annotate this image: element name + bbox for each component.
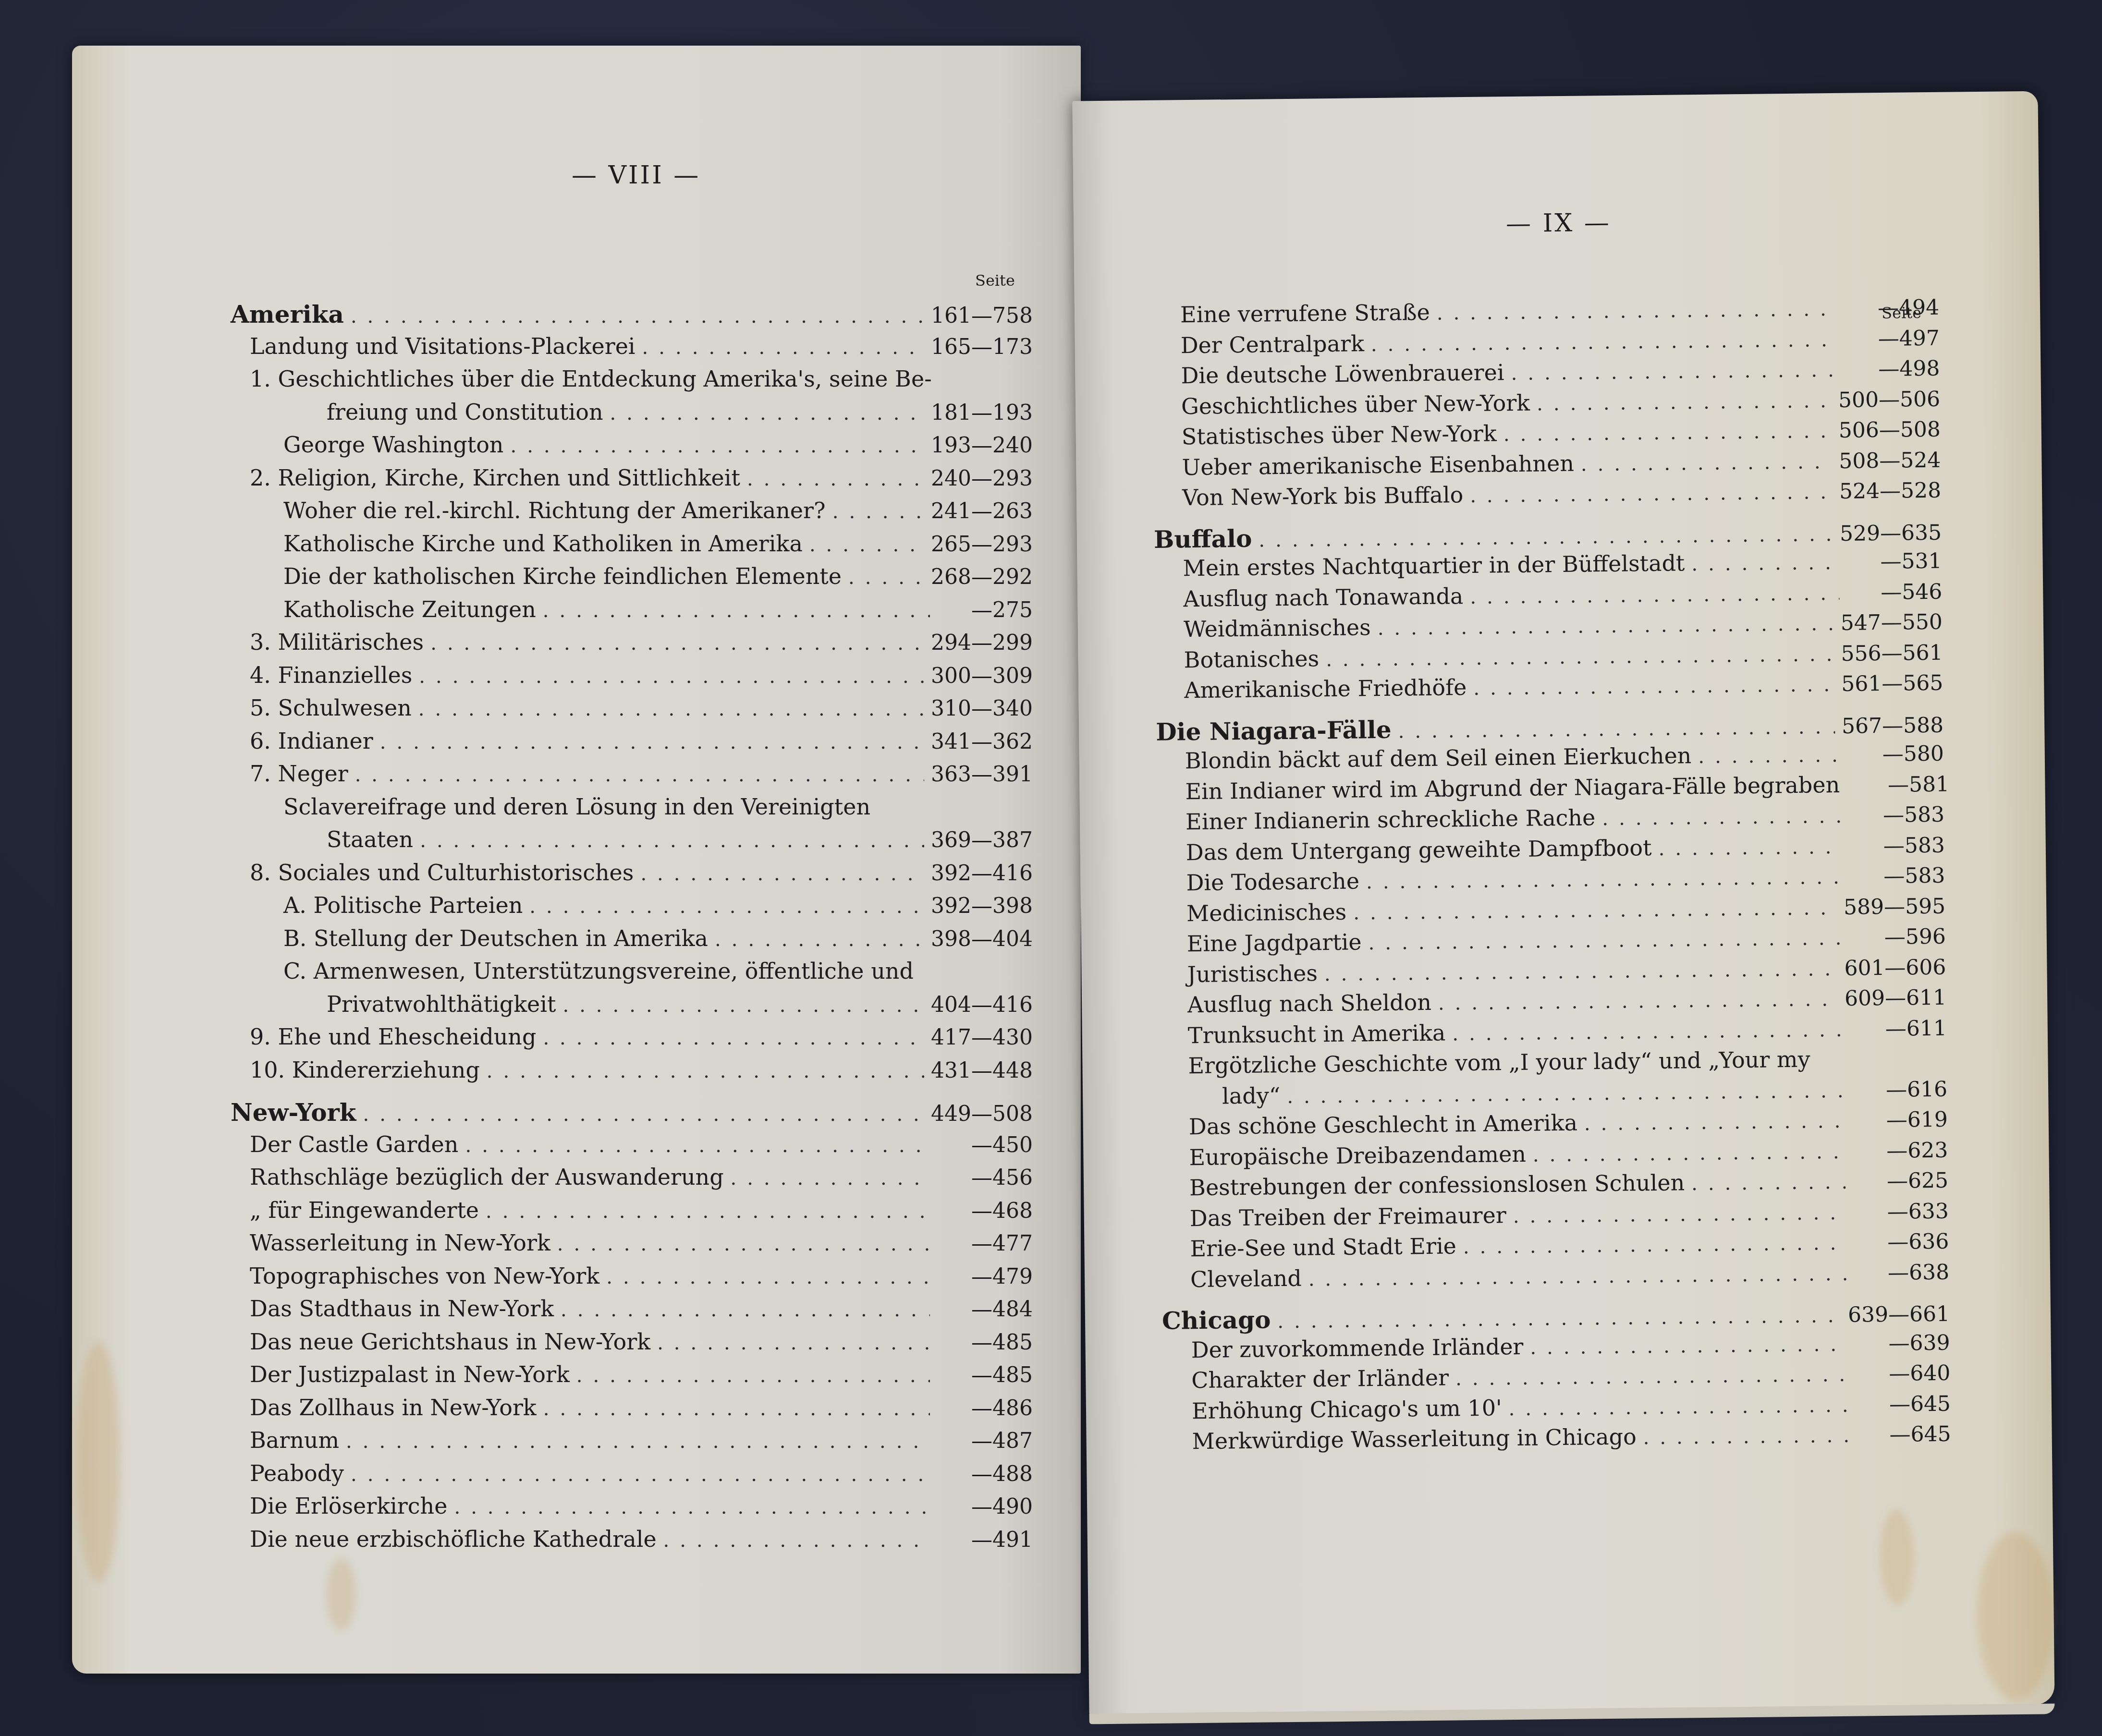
toc-entry: Woher die rel.-kirchl. Richtung der Amer… [283,498,1033,523]
toc-entry: George Washington.......................… [283,432,1033,458]
toc-entry: Ausflug nach Tonawanda..................… [1183,578,1942,612]
toc-entry: Juristisches............................… [1187,953,1946,987]
toc-page-range: 500—506 [1838,387,1940,412]
toc-entry: Das Zollhaus in New-York................… [250,1395,1033,1420]
dot-leader: ........................................… [1691,1171,1845,1195]
toc-entry-title: Statistisches über New-York [1182,420,1497,449]
dot-leader: ........................................… [420,830,924,852]
dot-leader: ........................................… [809,534,924,556]
dot-leader: ........................................… [1530,1333,1847,1359]
dot-leader: ........................................… [657,1332,930,1354]
toc-entry: Privatwohlthätigkeit....................… [327,991,1033,1017]
toc-entry: Eine Jagdpartie.........................… [1187,923,1946,957]
dot-leader: ........................................… [1470,582,1839,608]
toc-entry: Eine verrufene Straße...................… [1180,294,1939,328]
toc-page-range: —611 [1851,1016,1947,1041]
toc-page-range: —638 [1853,1260,1950,1285]
dot-leader: ........................................… [610,402,924,425]
toc-entry-title: 9. Ehe und Ehescheidung [250,1024,536,1050]
toc-entry: Amerikanische Friedhöfe.................… [1184,669,1943,704]
toc-page-range: 601—606 [1844,955,1946,980]
toc-section-heading: Amerika.................................… [231,300,1033,328]
toc-page-range: 165—173 [931,335,1033,359]
dot-leader: ........................................… [487,1060,924,1082]
toc-entry-title: Das Treiben der Freimaurer [1190,1202,1507,1231]
dot-leader: ........................................… [1371,328,1837,355]
toc-entry-title: Sclavereifrage und deren Lösung in den V… [283,794,870,820]
toc-entry: Erie-See und Stadt Erie.................… [1190,1228,1949,1262]
toc-page-range: 398—404 [931,927,1033,951]
dot-leader: ........................................… [1378,613,1834,640]
toc-entry: Sclavereifrage und deren Lösung in den V… [283,794,1033,820]
toc-entry: A. Politische Parteien..................… [283,892,1033,918]
dot-leader: ........................................… [380,731,924,753]
toc-entry-title: Das neue Gerichtshaus in New-York [250,1329,650,1355]
toc-entry-title: Woher die rel.-kirchl. Richtung der Amer… [283,498,826,523]
toc-section-heading: New-York................................… [231,1098,1033,1127]
toc-page-range: —619 [1852,1107,1948,1133]
dot-leader: ........................................… [1584,1110,1845,1135]
dot-leader: ........................................… [1463,1232,1846,1258]
dot-leader: ........................................… [561,1299,930,1321]
toc-page-range: 392—398 [931,894,1033,918]
toc-entry: 5. Schulwesen...........................… [250,695,1033,721]
dot-leader: ........................................… [454,1496,930,1518]
toc-page-range: 300—309 [931,664,1033,688]
toc-entry-title: Die der katholischen Kirche feindlichen … [283,563,842,589]
toc-entry-title: Charakter der Irländer [1191,1365,1449,1394]
toc-page-range: 639—661 [1848,1302,1950,1327]
toc-entry: Ueber amerikanische Eisenbahnen.........… [1182,446,1941,480]
toc-entry-title: Blondin bäckt auf dem Seil einen Eierkuc… [1185,742,1692,774]
dot-leader: ........................................… [557,1233,930,1255]
toc-entry: Trunksucht in Amerika...................… [1188,1014,1947,1048]
dot-leader: ........................................… [1366,866,1843,893]
toc-page-range: —623 [1852,1138,1948,1163]
toc-page-range: 241—263 [931,499,1033,523]
dot-leader: ........................................… [642,337,924,359]
toc-entry: Barnum..................................… [250,1427,1033,1453]
toc-entry: 9. Ehe und Ehescheidung.................… [250,1024,1033,1050]
toc-entry-title: Privatwohlthätigkeit [327,991,556,1017]
dot-leader: ........................................… [465,1135,930,1157]
toc-entry-title: 3. Militärisches [250,629,424,655]
dot-leader: ........................................… [1691,552,1839,575]
toc-entry-title: Die neue erzbischöfliche Kathedrale [250,1526,657,1552]
toc-page-range: 265—293 [931,532,1033,557]
toc-page-range: —498 [1844,356,1940,382]
dot-leader: ........................................… [1353,897,1837,924]
dot-leader: ........................................… [1452,1019,1844,1045]
toc-entry-title: lady“ [1222,1082,1281,1109]
toc-entry-title: 6. Indianer [250,728,373,754]
toc-entry: Bestrebungen der confessionslosen Schule… [1189,1167,1948,1201]
toc-entry-title: Merkwürdige Wasserleitung in Chicago [1192,1423,1637,1454]
toc-entry-title: Die Niagara-Fälle [1156,715,1392,746]
toc-entry-title: Trunksucht in Amerika [1188,1020,1446,1048]
toc-entry-title: Topographisches von New-York [250,1263,599,1289]
toc-page-range: 363—391 [931,762,1033,787]
toc-entry: Der Justizpalast in New-York............… [250,1361,1033,1387]
toc-entry-title: 2. Religion, Kirche, Kirchen und Sittlic… [250,465,740,491]
dot-leader: ........................................… [1581,451,1833,475]
dot-leader: ........................................… [663,1530,930,1552]
toc-entry-title: Von New-York bis Buffalo [1182,482,1464,510]
dot-leader: ........................................… [1398,716,1835,743]
toc-entry-title: „ für Eingewanderte [250,1197,479,1223]
dot-leader: ........................................… [355,764,924,786]
toc-entry: Peabody.................................… [250,1460,1033,1486]
dot-leader: ........................................… [1537,390,1832,415]
toc-entry-title: Der Castle Garden [250,1131,458,1157]
toc-entry-title: 5. Schulwesen [250,695,412,721]
toc-entry-title: New-York [231,1098,356,1127]
toc-page-range: —497 [1843,326,1940,351]
toc-entry: Mein erstes Nachtquartier in der Büffels… [1183,547,1942,582]
toc-page-range: 609—611 [1845,985,1946,1011]
toc-entry-title: 4. Finanzielles [250,662,412,688]
dot-leader: ........................................… [486,1201,930,1223]
dot-leader: ........................................… [1470,481,1833,507]
toc-entry: Charakter der Irländer..................… [1191,1360,1950,1394]
toc-page-range: —485 [937,1330,1033,1355]
dot-leader: ........................................… [1513,1202,1846,1227]
toc-entry-title: Erhöhung Chicago's um 10' [1192,1395,1502,1424]
toc-page-range: —486 [937,1396,1033,1420]
toc-entry-title: Der Justizpalast in New-York [250,1361,570,1387]
dot-leader: ........................................… [543,600,930,622]
toc-entry-title: Geschichtliches über New-York [1181,389,1530,419]
toc-page-range: —487 [937,1429,1033,1453]
toc-entry-title: Das schöne Geschlecht in Amerika [1189,1110,1578,1140]
toc-entry: Die deutsche Löwenbrauerei..............… [1181,355,1940,389]
toc-page-range: —531 [1845,549,1942,574]
toc-page-range: —468 [937,1199,1033,1223]
toc-entry-title: Wasserleitung in New-York [250,1230,550,1256]
toc-entry: Erhöhung Chicago's um 10'...............… [1192,1390,1951,1424]
toc-entry-title: Juristisches [1187,960,1318,987]
toc-entry-title: George Washington [283,432,503,458]
toc-entry-title: Amerika [231,300,344,328]
dot-leader: ........................................… [562,995,924,1017]
dot-leader: ........................................… [1368,927,1843,954]
toc-entry-title: Staaten [327,826,413,852]
dot-leader: ........................................… [1698,744,1841,768]
dot-leader: ........................................… [346,1431,930,1453]
page-number: — IX — [1506,208,1611,238]
toc-entry: Merkwürdige Wasserleitung in Chicago....… [1192,1420,1951,1455]
toc-entry-title: Ergötzliche Geschichte vom „I your lady“… [1188,1046,1810,1079]
dot-leader: ........................................… [1643,1425,1848,1449]
toc-entry: C. Armenwesen, Unterstützungsvereine, öf… [283,958,1033,984]
left-page: — VIII — Seite Amerika..................… [72,46,1081,1674]
toc-entry-title: Ausflug nach Sheldon [1187,989,1431,1018]
dot-leader: ........................................… [430,632,924,655]
toc-page-range: —484 [937,1297,1033,1322]
toc-page-range: 392—416 [931,861,1033,886]
toc-page-range: —583 [1849,833,1945,858]
toc-entry-title: 7. Neger [250,761,348,787]
toc-entry-title: Erie-See und Stadt Erie [1190,1233,1456,1262]
toc-entry-title: A. Politische Parteien [283,892,523,918]
toc-page-range: —645 [1855,1391,1951,1417]
toc-entry: 3. Militärisches........................… [250,629,1033,655]
toc-entry-title: Der zuvorkommende Irländer [1191,1333,1523,1362]
dot-leader: ........................................… [1324,958,1838,985]
toc-entry-title: Rathschläge bezüglich der Auswanderung [250,1164,724,1190]
dot-leader: ........................................… [747,468,924,490]
toc-page-range: 294—299 [931,631,1033,655]
dot-leader: ........................................… [351,1464,930,1486]
toc-entry: Die Erlöserkirche.......................… [250,1493,1033,1519]
toc-entry: Das dem Untergang geweihte Dampfboot....… [1186,831,1945,865]
toc-page-range: —456 [937,1165,1033,1190]
dot-leader: ........................................… [351,305,924,328]
toc-entry: Das neue Gerichtshaus in New-York.......… [250,1329,1033,1355]
toc-entry: 10. Kindererziehung.....................… [250,1057,1033,1083]
toc-page-range: 529—635 [1840,520,1942,546]
toc-entry-title: Ausflug nach Tonawanda [1183,583,1464,612]
dot-leader: ........................................… [1511,359,1837,385]
toc-page-range: —581 [1853,772,1950,797]
dot-leader: ........................................… [543,1027,924,1049]
toc-entry: Landung und Visitations-Plackerei.......… [250,333,1033,359]
toc-page-range: 506—508 [1838,417,1940,443]
toc-entry: B. Stellung der Deutschen in Amerika....… [283,925,1033,951]
toc-page-range: —488 [937,1462,1033,1486]
toc-entry: 7. Neger................................… [250,761,1033,787]
toc-entry: Das Treiben der Freimaurer..............… [1190,1197,1949,1231]
toc-page-range: —596 [1850,924,1946,950]
toc-entry-title: Das Stadthaus in New-York [250,1296,554,1322]
toc-entry-title: Landung und Visitations-Plackerei [250,333,635,359]
toc-entry: 2. Religion, Kirche, Kirchen und Sittlic… [250,465,1033,491]
right-page: — IX — Seite Eine verrufene Straße......… [1072,91,2054,1715]
toc-entry: Geschichtliches über New-York...........… [1181,385,1940,419]
toc-page-range: —640 [1854,1361,1951,1386]
toc-section-heading: Chicago.................................… [1162,1299,1950,1335]
toc-section-heading: Buffalo.................................… [1154,517,1942,553]
dot-leader: ........................................… [1308,1263,1847,1290]
toc-page-range: —645 [1855,1422,1951,1447]
toc-entry: Medicinisches...........................… [1186,892,1945,926]
toc-entry: 6. Indianer.............................… [250,728,1033,754]
toc-entry-title: Das Zollhaus in New-York [250,1395,537,1420]
dot-leader: ........................................… [1455,1364,1848,1390]
toc-entry: Katholische Zeitungen...................… [283,596,1033,622]
dot-leader: ........................................… [1326,643,1834,671]
paper-stain [1880,1509,1914,1605]
toc-entry-title: C. Armenwesen, Unterstützungsvereine, öf… [283,958,914,984]
toc-page-range: 161—758 [931,303,1033,328]
page-number: — VIII — [572,161,700,190]
dot-leader: ........................................… [1287,1080,1845,1107]
toc-entry-title: Eine Jagdpartie [1187,929,1362,957]
toc-entry-title: Amerikanische Friedhöfe [1184,674,1467,703]
column-header-seite: Seite [975,271,1015,290]
toc-entry-title: Katholische Kirche und Katholiken in Ame… [283,531,803,557]
toc-section-heading: Die Niagara-Fälle.......................… [1156,709,1944,746]
dot-leader: ........................................… [731,1167,930,1190]
toc-entry: Blondin bäckt auf dem Seil einen Eierkuc… [1185,740,1944,774]
toc-entry: Das Stadthaus in New-York...............… [250,1296,1033,1322]
toc-page-range: —490 [937,1494,1033,1519]
toc-page-range: —491 [937,1528,1033,1552]
toc-page-range: —479 [937,1264,1033,1289]
toc-page-range: 193—240 [931,433,1033,458]
dot-leader: ........................................… [715,929,924,951]
dot-leader: ........................................… [419,666,924,688]
dot-leader: ........................................… [510,435,924,457]
dot-leader: ........................................… [848,567,924,589]
toc-page-range: —485 [937,1363,1033,1387]
toc-entry: Einer Indianerin schreckliche Rache.....… [1185,801,1944,835]
toc-entry-title: Mein erstes Nachtquartier in der Büffels… [1183,550,1685,581]
toc-entry: Botanisches.............................… [1184,639,1943,673]
toc-entry-title: Chicago [1162,1305,1271,1335]
toc-entry-title: 8. Sociales und Culturhistorisches [250,860,634,886]
toc-page-range: —450 [937,1133,1033,1157]
toc-entry: Cleveland...............................… [1190,1258,1949,1292]
dot-leader: ........................................… [1438,988,1838,1015]
toc-entry: „ für Eingewanderte.....................… [250,1197,1033,1223]
toc-entry: Der zuvorkommende Irländer..............… [1191,1329,1950,1363]
toc-page-range: 508—524 [1839,448,1941,473]
toc-page-range: —477 [937,1231,1033,1256]
toc-entry-title: Ein Indianer wird im Abgrund der Niagara… [1185,771,1840,804]
toc-entry-title: Bestrebungen der confessionslosen Schule… [1189,1169,1685,1201]
toc-entry-title: B. Stellung der Deutschen in Amerika [283,925,708,951]
toc-entry: 8. Sociales und Culturhistorisches......… [250,860,1033,886]
toc-entry: Ergötzliche Geschichte vom „I your lady“… [1188,1045,1947,1079]
dot-leader: ........................................… [832,501,924,523]
toc-entry-title: Peabody [250,1460,344,1486]
toc-page-range: 449—508 [931,1102,1033,1126]
toc-page-range: 181—193 [931,401,1033,425]
toc-page-range: 556—561 [1841,640,1943,666]
toc-page-range: —546 [1846,579,1943,605]
toc-entry: Weidmännisches..........................… [1184,608,1943,643]
toc-entry: Von New-York bis Buffalo................… [1182,477,1941,511]
toc-entry: Katholische Kirche und Katholiken in Ame… [283,531,1033,557]
toc-entry-title: Weidmännisches [1184,614,1371,642]
toc-page-range: 561—565 [1841,671,1943,696]
toc-page-range: 310—340 [931,696,1033,721]
toc-entry-title: Katholische Zeitungen [283,596,536,622]
dot-leader: ........................................… [1602,805,1842,830]
toc-entry: Europäische Dreibazendamen..............… [1189,1136,1948,1170]
toc-entry: Der Centralpark.........................… [1181,324,1940,358]
dot-leader: ........................................… [418,698,924,720]
toc-page-range: —636 [1853,1229,1949,1255]
toc-page-range: —583 [1848,802,1945,828]
toc-page-range: —275 [937,598,1033,622]
dot-leader: ........................................… [640,863,924,885]
dot-leader: ........................................… [1437,298,1837,325]
toc-page-range: 417—430 [931,1025,1033,1050]
toc-entry-title: Einer Indianerin schreckliche Rache [1185,804,1596,835]
toc-page-range: —580 [1848,741,1944,767]
toc-entry: Rathschläge bezüglich der Auswanderung..… [250,1164,1033,1190]
toc-page-range: —625 [1852,1168,1949,1194]
toc-page-range: —616 [1851,1077,1948,1102]
toc-entry-title: freiung und Constitution [327,399,603,425]
toc-entry-title: Botanisches [1184,645,1319,673]
toc-entry: freiung und Constitution................… [327,399,1033,425]
toc-page-range: 369—387 [931,828,1033,852]
toc-page-range: —633 [1853,1199,1949,1224]
toc-entry: Das schöne Geschlecht in Amerika........… [1189,1106,1948,1140]
toc-entry-title: Das dem Untergang geweihte Dampfboot [1186,835,1652,865]
toc-entry: Staaten.................................… [327,826,1033,852]
toc-entry-title: Der Centralpark [1181,330,1365,358]
toc-entry-title: Eine verrufene Straße [1180,299,1430,328]
dot-leader: ........................................… [576,1365,930,1387]
toc-entry: Wasserleitung in New-York...............… [250,1230,1033,1256]
toc-entry-title: Die Todesarche [1186,868,1359,896]
toc-entry-title: 10. Kindererziehung [250,1057,480,1083]
dot-leader: ........................................… [1259,523,1833,552]
dot-leader: ........................................… [529,896,924,918]
dot-leader: ........................................… [543,1398,930,1420]
toc-entry-title: 1. Geschichtliches über die Entdeckung A… [250,366,932,392]
toc-page-range: 431—448 [931,1058,1033,1083]
toc-page-range: 547—550 [1841,610,1943,635]
toc-page-range: —583 [1849,863,1945,889]
toc-page-range: 404—416 [931,993,1033,1017]
toc-entry-title: Die deutsche Löwenbrauerei [1181,359,1504,388]
dot-leader: ........................................… [363,1104,925,1126]
dot-leader: ........................................… [1277,1305,1841,1333]
toc-entry: 1. Geschichtliches über die Entdeckung A… [250,366,1033,392]
toc-page-range: 240—293 [931,466,1033,491]
toc-entry-title: Medicinisches [1186,898,1347,926]
toc-entry: lady“...................................… [1222,1075,1947,1109]
toc-entry-title: Europäische Dreibazendamen [1189,1141,1526,1170]
paper-stain [77,1342,120,1582]
toc-page-range: —494 [1843,295,1940,321]
toc-page-range: 524—528 [1839,478,1941,504]
toc-page-range: 268—292 [931,565,1033,589]
toc-entry-title: Buffalo [1154,524,1252,553]
toc-entry: Statistisches über New-York.............… [1182,416,1941,450]
paper-stain [327,1558,355,1630]
dot-leader: ........................................… [1658,836,1842,860]
dot-leader: ........................................… [1533,1141,1845,1166]
toc-entry: Die Todesarche..........................… [1186,862,1945,896]
dot-leader: ........................................… [1473,674,1834,700]
toc-entry-title: Cleveland [1190,1265,1302,1292]
toc-entry: Ausflug nach Sheldon....................… [1187,984,1946,1018]
dot-leader: ........................................… [606,1266,930,1288]
toc-entry-title: Ueber amerikanische Eisenbahnen [1182,450,1574,480]
toc-entry: Die neue erzbischöfliche Kathedrale.....… [250,1526,1033,1552]
toc-entry: 4. Finanzielles.........................… [250,662,1033,688]
paper-stain [1976,1531,2055,1700]
toc-entry-title: Die Erlöserkirche [250,1493,447,1519]
toc-entry: Die der katholischen Kirche feindlichen … [283,563,1033,589]
toc-page-range: —639 [1854,1330,1950,1356]
toc-entry: Ein Indianer wird im Abgrund der Niagara… [1185,770,1944,804]
toc-page-range: 567—588 [1842,713,1943,738]
dot-leader: ........................................… [1503,420,1832,446]
toc-entry-title: Barnum [250,1427,339,1453]
toc-entry: Der Castle Garden.......................… [250,1131,1033,1157]
toc-entry: Topographisches von New-York............… [250,1263,1033,1289]
toc-page-range: 589—595 [1844,894,1945,919]
dot-leader: ........................................… [1508,1394,1848,1420]
toc-page-range: 341—362 [931,729,1033,754]
